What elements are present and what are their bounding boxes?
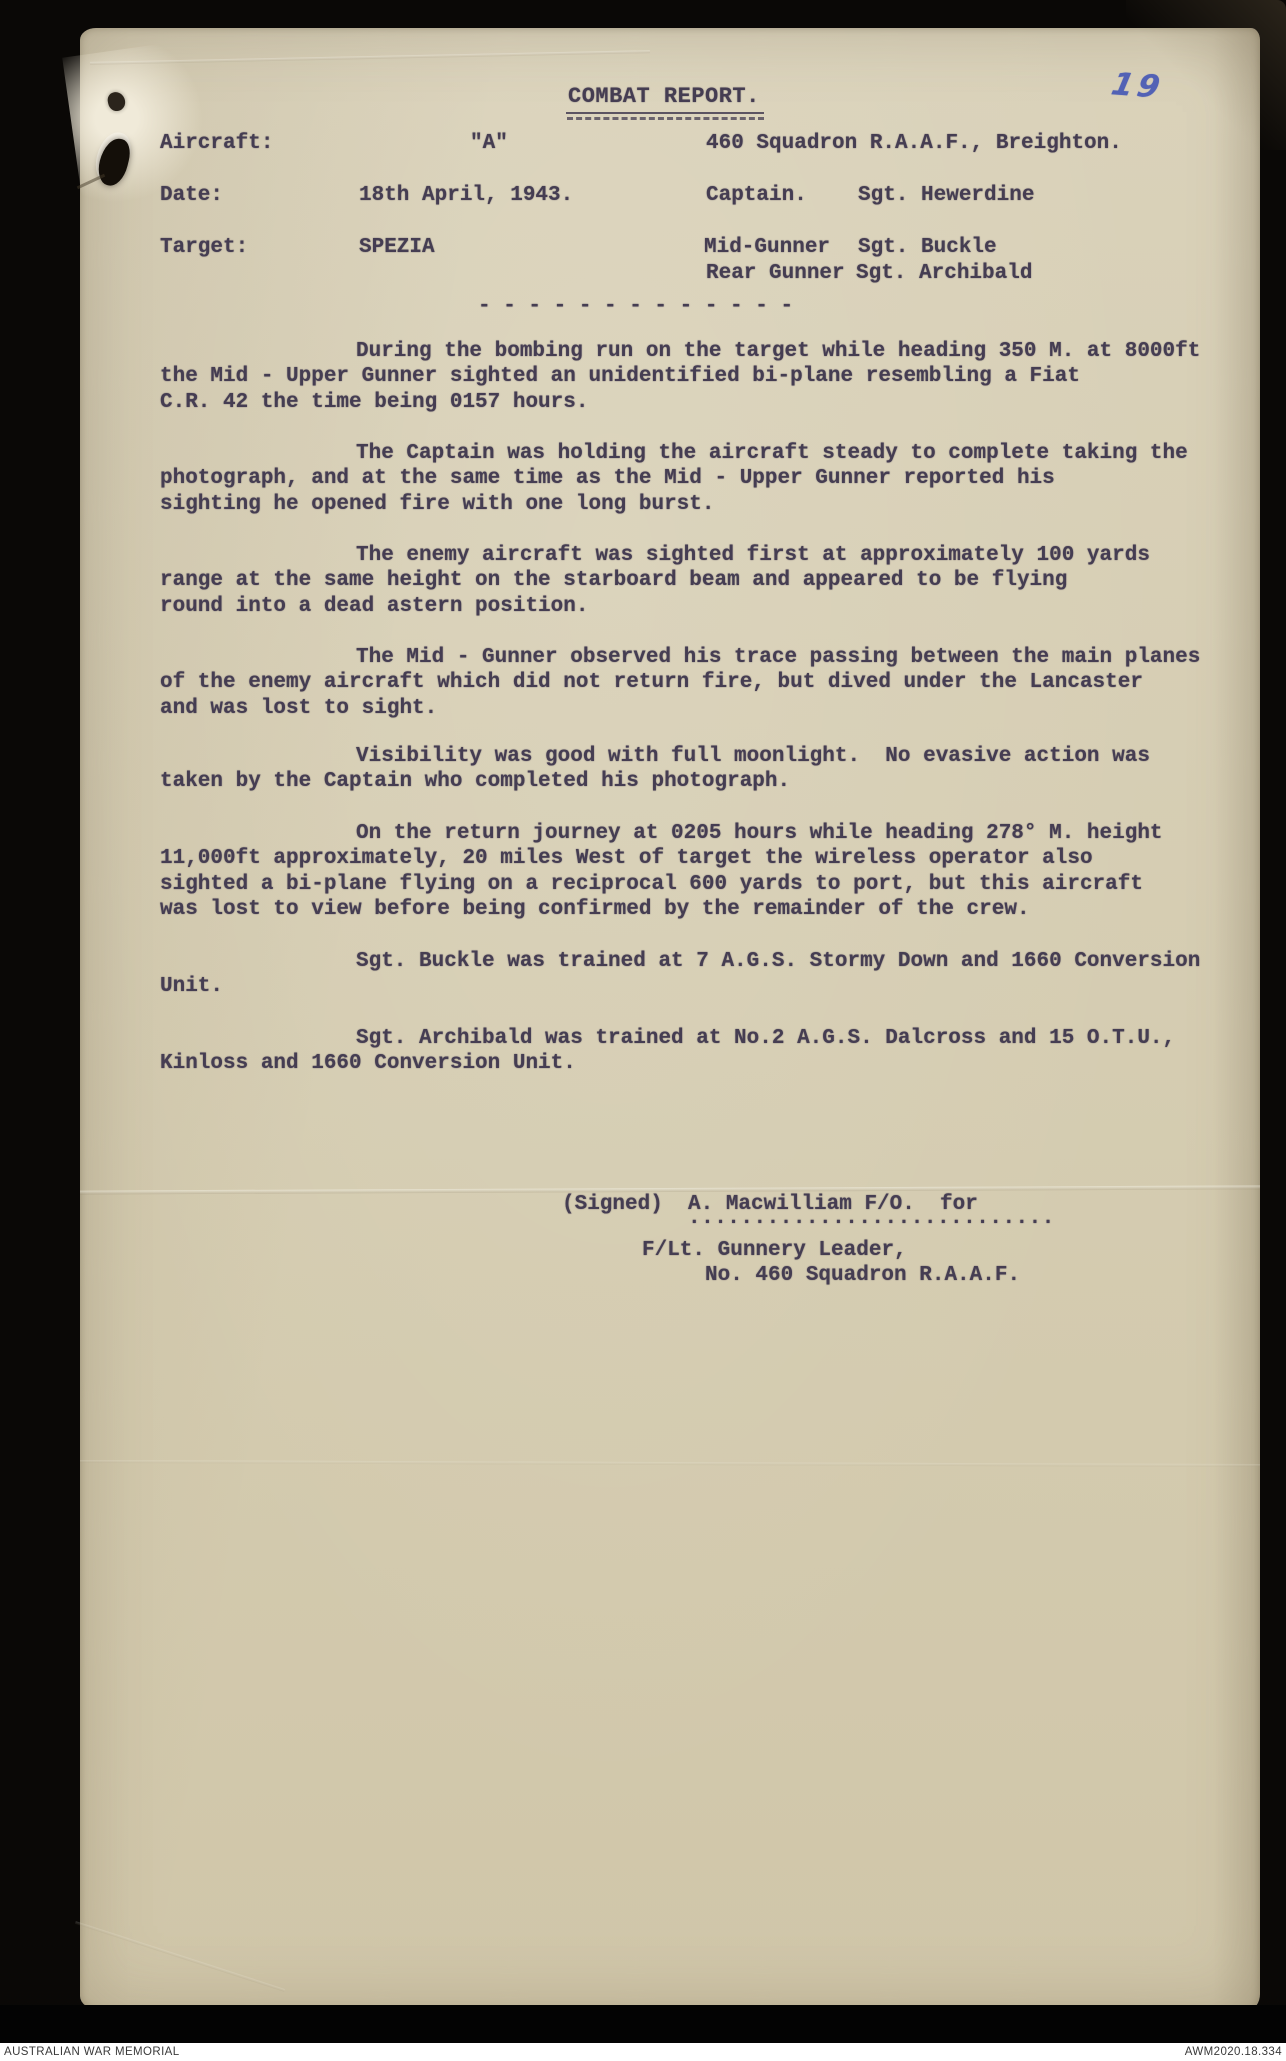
signature-dotted-line: ............................ [688, 1206, 1055, 1231]
report-paragraph-2: The Captain was holding the aircraft ste… [160, 441, 1252, 517]
title-underline-solid [566, 112, 764, 114]
target-label: Target: [160, 235, 248, 260]
crew-name-mid-gunner: Sgt. Buckle [858, 235, 997, 260]
report-paragraph-4: The Mid - Gunner observed his trace pass… [160, 645, 1252, 721]
torn-paper-highlight [62, 40, 212, 207]
archive-strip: AUSTRALIAN WAR MEMORIAL AWM2020.18.334 [0, 2043, 1286, 2061]
aircraft-label: Aircraft: [160, 131, 273, 156]
report-paragraph-3: The enemy aircraft was sighted first at … [160, 543, 1252, 619]
title-underline-dashed [567, 117, 764, 120]
squadron-unit: 460 Squadron R.A.A.F., Breighton. [706, 131, 1122, 156]
report-paragraph-8: Sgt. Archibald was trained at No.2 A.G.S… [160, 1026, 1252, 1077]
report-paragraph-1: During the bombing run on the target whi… [160, 339, 1252, 415]
crew-role-mid-gunner: Mid-Gunner [704, 235, 830, 260]
report-paragraph-6: On the return journey at 0205 hours whil… [160, 821, 1252, 922]
crew-role-captain: Captain. [706, 183, 807, 208]
handwritten-annotation: 19 [1108, 66, 1167, 105]
crew-name-captain: Sgt. Hewerdine [858, 183, 1034, 208]
report-paragraph-7: Sgt. Buckle was trained at 7 A.G.S. Stor… [160, 949, 1252, 1000]
scan-backdrop: 19 COMBAT REPORT. Aircraft: "A" 460 Squa… [0, 0, 1286, 2061]
target-value: SPEZIA [359, 235, 435, 260]
document-page [80, 28, 1260, 2010]
archive-institution: AUSTRALIAN WAR MEMORIAL [4, 2046, 180, 2058]
crew-role-rear-gunner: Rear Gunner [706, 261, 845, 286]
date-value: 18th April, 1943. [359, 183, 573, 208]
archive-accession-number: AWM2020.18.334 [1185, 2046, 1282, 2058]
section-separator: - - - - - - - - - - - - - [478, 294, 793, 319]
date-label: Date: [160, 183, 223, 208]
aircraft-value: "A" [470, 131, 508, 156]
crew-name-rear-gunner: Sgt. Archibald [856, 261, 1032, 286]
signature-rank: F/Lt. Gunnery Leader, [642, 1238, 907, 1263]
signature-unit: No. 460 Squadron R.A.A.F. [705, 1263, 1020, 1288]
report-title: COMBAT REPORT. [568, 84, 760, 109]
report-paragraph-5: Visibility was good with full moonlight.… [160, 744, 1252, 795]
